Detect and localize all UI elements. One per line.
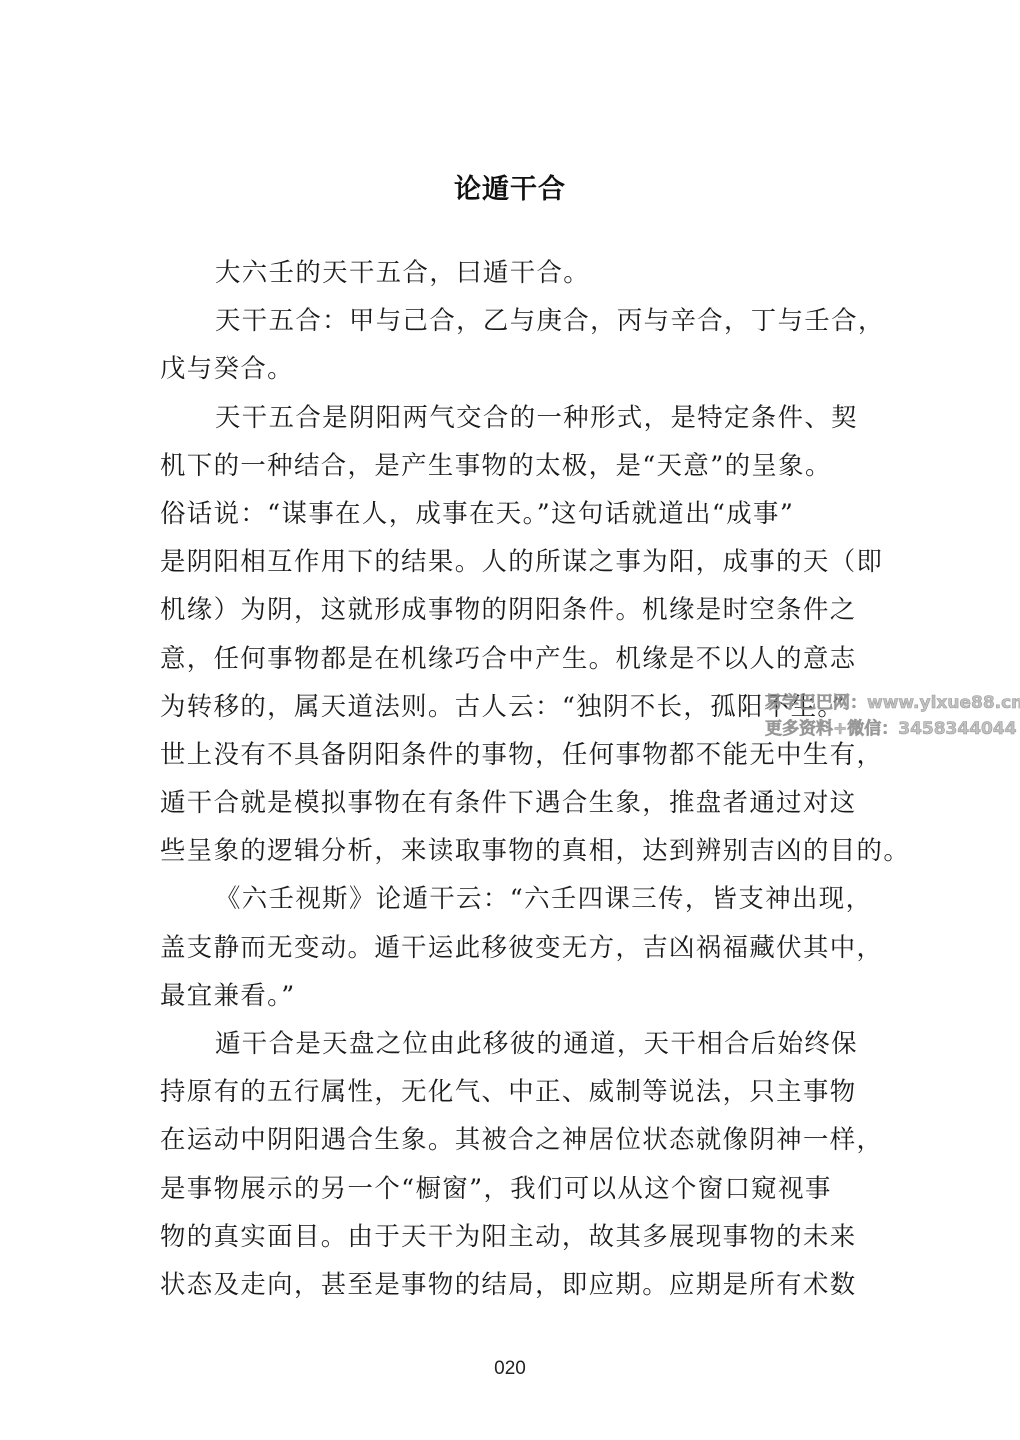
text-line: 遁干合是天盘之位由此移彼的通道，天干相合后始终保 — [160, 1019, 860, 1067]
text-line: 物的真实面目。由于天干为阳主动，故其多展现事物的未来 — [160, 1212, 860, 1260]
watermark-contact: 更多资料+微信：3458344044 — [765, 716, 1020, 742]
body-text: 大六壬的天干五合，曰遁干合。 天干五合：甲与己合，乙与庚合，丙与辛合，丁与壬合，… — [160, 248, 860, 1308]
text-line: 世上没有不具备阴阳条件的事物，任何事物都不能无中生有， — [160, 730, 860, 778]
text-line: 俗话说：“谋事在人，成事在天。”这句话就道出“成事” — [160, 489, 860, 537]
page-number: 020 — [0, 1358, 1020, 1380]
text-line: 最宜兼看。” — [160, 971, 860, 1019]
text-line: 为转移的，属天道法则。古人云：“独阴不长，孤阳不生。” — [160, 682, 860, 730]
text-line: 机下的一种结合，是产生事物的太极，是“天意”的呈象。 — [160, 441, 860, 489]
text-line: 状态及走向，甚至是事物的结局，即应期。应期是所有术数 — [160, 1260, 860, 1308]
text-line: 是事物展示的另一个“橱窗”，我们可以从这个窗口窥视事 — [160, 1164, 860, 1212]
text-line: 些呈象的逻辑分析，来读取事物的真相，达到辨别吉凶的目的。 — [160, 826, 860, 874]
text-line: 天干五合是阴阳两气交合的一种形式，是特定条件、契 — [160, 393, 860, 441]
text-line: 机缘）为阴，这就形成事物的阴阳条件。机缘是时空条件之 — [160, 585, 860, 633]
watermark: 易学巴巴网：www.yixue88.cn 更多资料+微信：3458344044 — [765, 690, 1020, 742]
chapter-title: 论遁干合 — [0, 167, 1020, 206]
text-line: 持原有的五行属性，无化气、中正、威制等说法，只主事物 — [160, 1067, 860, 1115]
text-line: 《六壬视斯》论遁干云：“六壬四课三传，皆支神出现， — [160, 874, 860, 922]
book-page: 论遁干合 大六壬的天干五合，曰遁干合。 天干五合：甲与己合，乙与庚合，丙与辛合，… — [0, 0, 1020, 1440]
text-line: 戊与癸合。 — [160, 344, 860, 392]
watermark-site: 易学巴巴网：www.yixue88.cn — [765, 690, 1020, 716]
text-line: 意，任何事物都是在机缘巧合中产生。机缘是不以人的意志 — [160, 634, 860, 682]
text-line: 天干五合：甲与己合，乙与庚合，丙与辛合，丁与壬合， — [160, 296, 860, 344]
text-line: 在运动中阴阳遇合生象。其被合之神居位状态就像阴神一样， — [160, 1115, 860, 1163]
text-line: 大六壬的天干五合，曰遁干合。 — [160, 248, 860, 296]
text-line: 遁干合就是模拟事物在有条件下遇合生象，推盘者通过对这 — [160, 778, 860, 826]
text-line: 盖支静而无变动。遁干运此移彼变无方，吉凶祸福藏伏其中， — [160, 923, 860, 971]
text-line: 是阴阳相互作用下的结果。人的所谋之事为阳，成事的天（即 — [160, 537, 860, 585]
